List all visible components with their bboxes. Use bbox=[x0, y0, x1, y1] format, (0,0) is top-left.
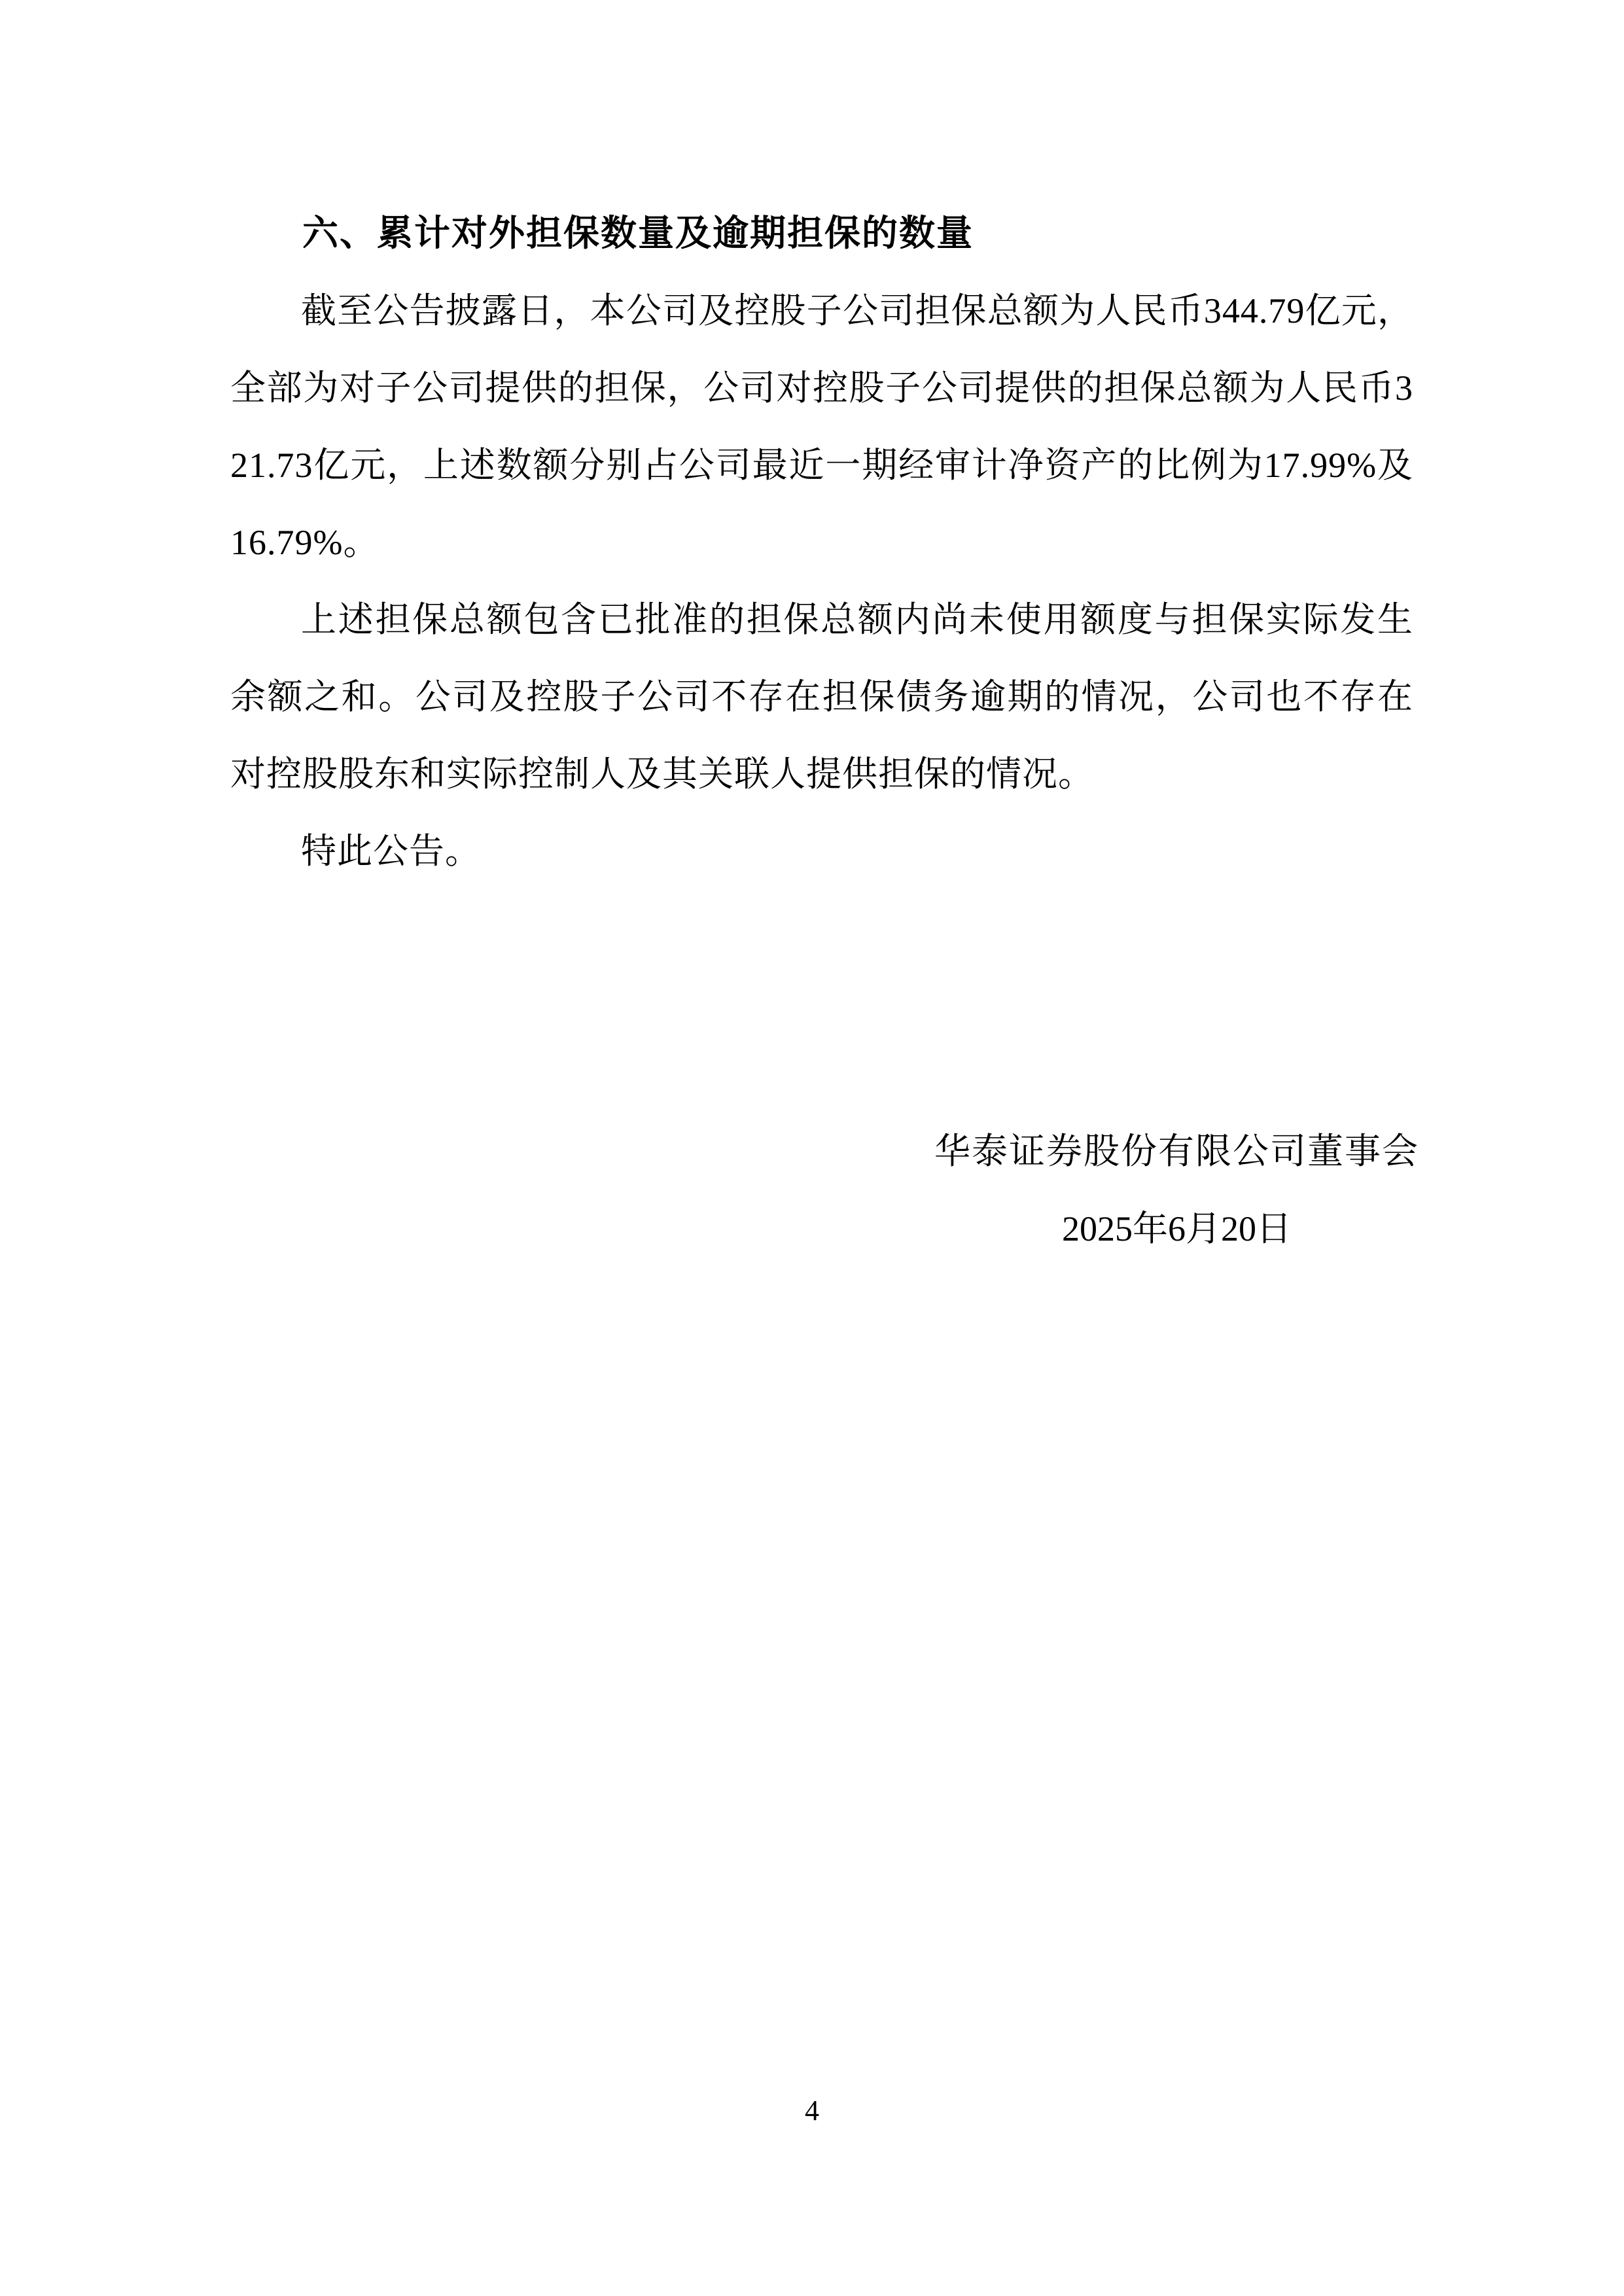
paragraph-closing: 特此公告。 bbox=[230, 813, 1413, 890]
document-page: 六、累计对外担保数量及逾期担保的数量 截至公告披露日，本公司及控股子公司担保总额… bbox=[0, 0, 1624, 2296]
paragraph-guarantee-totals: 截至公告披露日，本公司及控股子公司担保总额为人民币344.79亿元，全部为对子公… bbox=[230, 272, 1413, 581]
section-heading: 六、累计对外担保数量及逾期担保的数量 bbox=[230, 195, 1413, 272]
paragraph-guarantee-status: 上述担保总额包含已批准的担保总额内尚未使用额度与担保实际发生余额之和。公司及控股… bbox=[230, 581, 1413, 813]
signature-date: 2025年6月20日 bbox=[934, 1190, 1419, 1267]
signature-issuer: 华泰证券股份有限公司董事会 bbox=[934, 1113, 1419, 1190]
page-number: 4 bbox=[0, 2091, 1624, 2130]
signature-block: 华泰证券股份有限公司董事会 2025年6月20日 bbox=[934, 1113, 1419, 1267]
announcement-body: 六、累计对外担保数量及逾期担保的数量 截至公告披露日，本公司及控股子公司担保总额… bbox=[230, 195, 1413, 890]
